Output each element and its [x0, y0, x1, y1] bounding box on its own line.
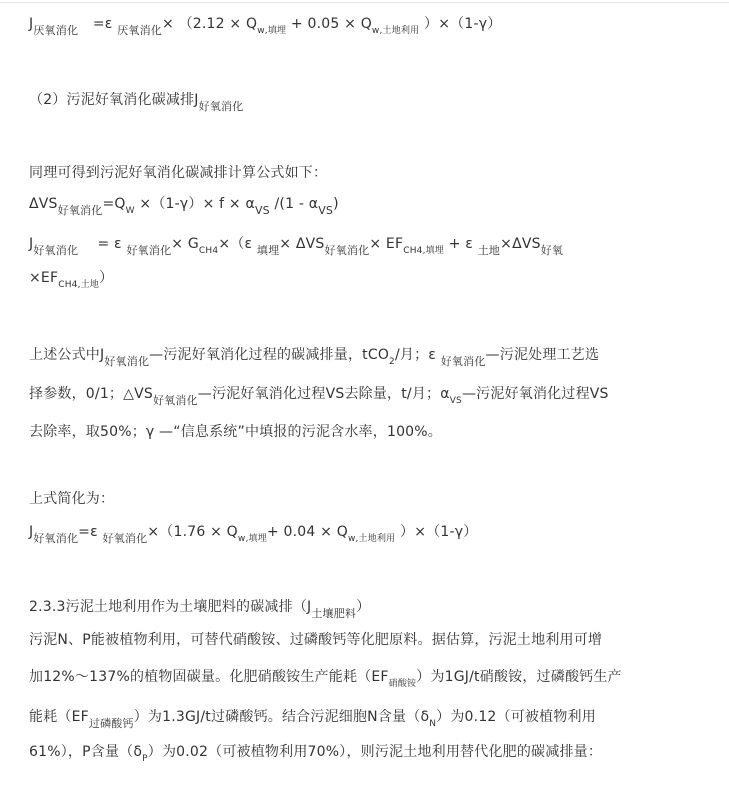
formula-symbol: ε: [105, 16, 113, 32]
subscript: 2: [389, 357, 395, 367]
formula-text: + ε: [449, 236, 473, 252]
formula-subscript: 厌氧消化: [117, 24, 162, 37]
text: 加12%～137%的植物固碳量。化肥硝酸铵生产能耗（EF: [29, 669, 389, 685]
formula-text: = ε: [93, 236, 122, 252]
text: 能耗（EF: [29, 709, 89, 725]
explanation-line-1: 上述公式中J好氧消化—污泥好氧消化过程的碳减排量，tCO2/月；ε 好氧消化—污…: [29, 345, 599, 367]
text: —污泥处理工艺选: [486, 347, 600, 363]
text: —污泥好氧消化过程VS去除量，t/月；α: [198, 386, 450, 402]
formula-subscript: w,填埋: [257, 26, 286, 36]
section-title-text: 2.3.3污泥土地利用作为土壤肥料的碳减排（J: [29, 599, 311, 615]
text: ）为0.12（可被植物利用: [436, 709, 596, 725]
formula-subscript: 好氧消化: [103, 532, 148, 545]
paragraph-233-line-1: 污泥N、P能被植物利用，可替代硝酸铵、过磷酸钙等化肥原料。据估算，污泥土地利用可…: [29, 630, 602, 650]
section-title-text: ）: [356, 599, 370, 615]
formula-aerobic-cont: ×EFCH4,土地）: [29, 268, 113, 290]
formula-symbol: ΔVS: [29, 196, 58, 212]
formula-text: × EF: [369, 236, 403, 252]
text: ）为0.02（可被植物利用70%），则污泥土地利用替代化肥的碳减排量：: [148, 744, 602, 760]
intro-aerobic: 同理可得到污泥好氧消化碳减排计算公式如下：: [29, 163, 327, 183]
formula-subscript: W: [126, 206, 135, 216]
formula-subscript: 好氧消化: [325, 244, 370, 257]
top-divider: [0, 2, 729, 3]
text: —污泥好氧消化过程的碳减排量，tCO: [149, 347, 389, 363]
formula-text: ）×（1-γ）: [424, 16, 501, 32]
formula-text: /(1 - α: [275, 196, 319, 212]
text: ）为1GJ/t硝酸铵，过磷酸钙生产: [416, 669, 622, 685]
formula-text: ×ΔVS: [500, 236, 541, 252]
subscript: 好氧消化: [441, 355, 486, 368]
formula-simplified: J好氧消化=ε 好氧消化×（1.76 × Qw,填埋+ 0.04 × Qw,土地…: [29, 522, 477, 544]
formula-subscript: VS: [255, 204, 270, 217]
formula-subscript: 土地: [478, 244, 500, 257]
text: 上述公式中J: [29, 347, 104, 363]
formula-subscript: 填埋: [257, 244, 279, 257]
formula-text: × ΔVS: [279, 236, 324, 252]
simplified-label: 上式简化为：: [29, 489, 114, 509]
heading-subscript: 好氧消化: [199, 100, 244, 113]
formula-text: + 0.05 × Q: [291, 16, 372, 32]
formula-dvs: ΔVS好氧消化=QW ×（1-γ）× f × αVS /(1 - αVS): [29, 194, 339, 216]
formula-text: ×EF: [29, 270, 58, 286]
formula-subscript: 好氧消化: [33, 244, 78, 257]
formula-subscript: 好氧: [541, 244, 563, 257]
explanation-line-2: 择参数，0/1；△VS好氧消化—污泥好氧消化过程VS去除量，t/月；αVS—污泥…: [29, 384, 609, 406]
formula-subscript: VS: [318, 204, 333, 217]
formula-aerobic: J好氧消化 = ε 好氧消化× GCH4×（ε 填埋× ΔVS好氧消化× EFC…: [29, 234, 563, 256]
subscript: 好氧消化: [153, 394, 198, 407]
formula-text: ）: [99, 270, 113, 286]
subscript: P: [142, 754, 148, 764]
formula-subscript: CH4,土地: [58, 280, 99, 290]
text: —污泥好氧消化过程VS: [462, 386, 609, 402]
formula-subscript: 好氧消化: [33, 532, 78, 545]
formula-subscript: 厌氧消化: [33, 24, 78, 37]
formula-anaerobic: J厌氧消化 =ε 厌氧消化× （2.12 × Qw,填埋 + 0.05 × Qw…: [29, 14, 501, 36]
paragraph-233-line-3: 能耗（EF过磷酸钙）为1.3GJ/t过磷酸钙。结合污泥细胞N含量（δN）为0.1…: [29, 707, 596, 729]
formula-subscript: CH4,填埋: [403, 246, 444, 256]
formula-subscript: w,填埋: [238, 534, 267, 544]
section-title-subscript: 土壤肥料: [311, 607, 356, 620]
subscript: N: [429, 719, 436, 729]
formula-subscript: w,土地利用: [348, 534, 395, 544]
formula-operator: =: [93, 16, 105, 32]
formula-text: + 0.04 × Q: [267, 524, 348, 540]
explanation-line-3: 去除率，取50%；γ —“信息系统”中填报的污泥含水率，100%。: [29, 422, 442, 442]
formula-subscript: 好氧消化: [58, 204, 103, 217]
subscript: 硝酸铵: [389, 679, 417, 689]
subscript: VS: [450, 396, 462, 406]
text: /月；ε: [395, 347, 436, 363]
formula-text: ): [333, 196, 339, 212]
formula-text: ×（ε: [218, 236, 252, 252]
formula-text: =Q: [102, 196, 125, 212]
text: 61%），P含量（δ: [29, 744, 142, 760]
text: ）为1.3GJ/t过磷酸钙。结合污泥细胞N含量（δ: [134, 709, 430, 725]
formula-operator: ×: [162, 16, 174, 32]
formula-text: =ε: [78, 524, 98, 540]
formula-subscript: CH4: [199, 246, 218, 256]
paragraph-233-line-2: 加12%～137%的植物固碳量。化肥硝酸铵生产能耗（EF硝酸铵）为1GJ/t硝酸…: [29, 667, 622, 689]
formula-text: ×（1.76 × Q: [147, 524, 238, 540]
formula-text: × G: [171, 236, 199, 252]
formula-text: （2.12 × Q: [179, 16, 258, 32]
formula-text: ×（1-γ）× f × α: [139, 196, 255, 212]
formula-text: ）×（1-γ）: [400, 524, 477, 540]
paragraph-233-line-4: 61%），P含量（δP）为0.02（可被植物利用70%），则污泥土地利用替代化肥…: [29, 742, 602, 764]
formula-subscript: w,土地利用: [372, 26, 419, 36]
formula-subscript: 好氧消化: [126, 244, 171, 257]
text: 择参数，0/1；△VS: [29, 386, 153, 402]
section-233-title: 2.3.3污泥土地利用作为土壤肥料的碳减排（J土壤肥料）: [29, 597, 370, 618]
subscript: 好氧消化: [104, 355, 149, 368]
subscript: 过磷酸钙: [89, 717, 134, 730]
heading-aerobic: （2）污泥好氧消化碳减排J好氧消化: [29, 90, 243, 111]
heading-text: （2）污泥好氧消化碳减排J: [29, 92, 199, 108]
